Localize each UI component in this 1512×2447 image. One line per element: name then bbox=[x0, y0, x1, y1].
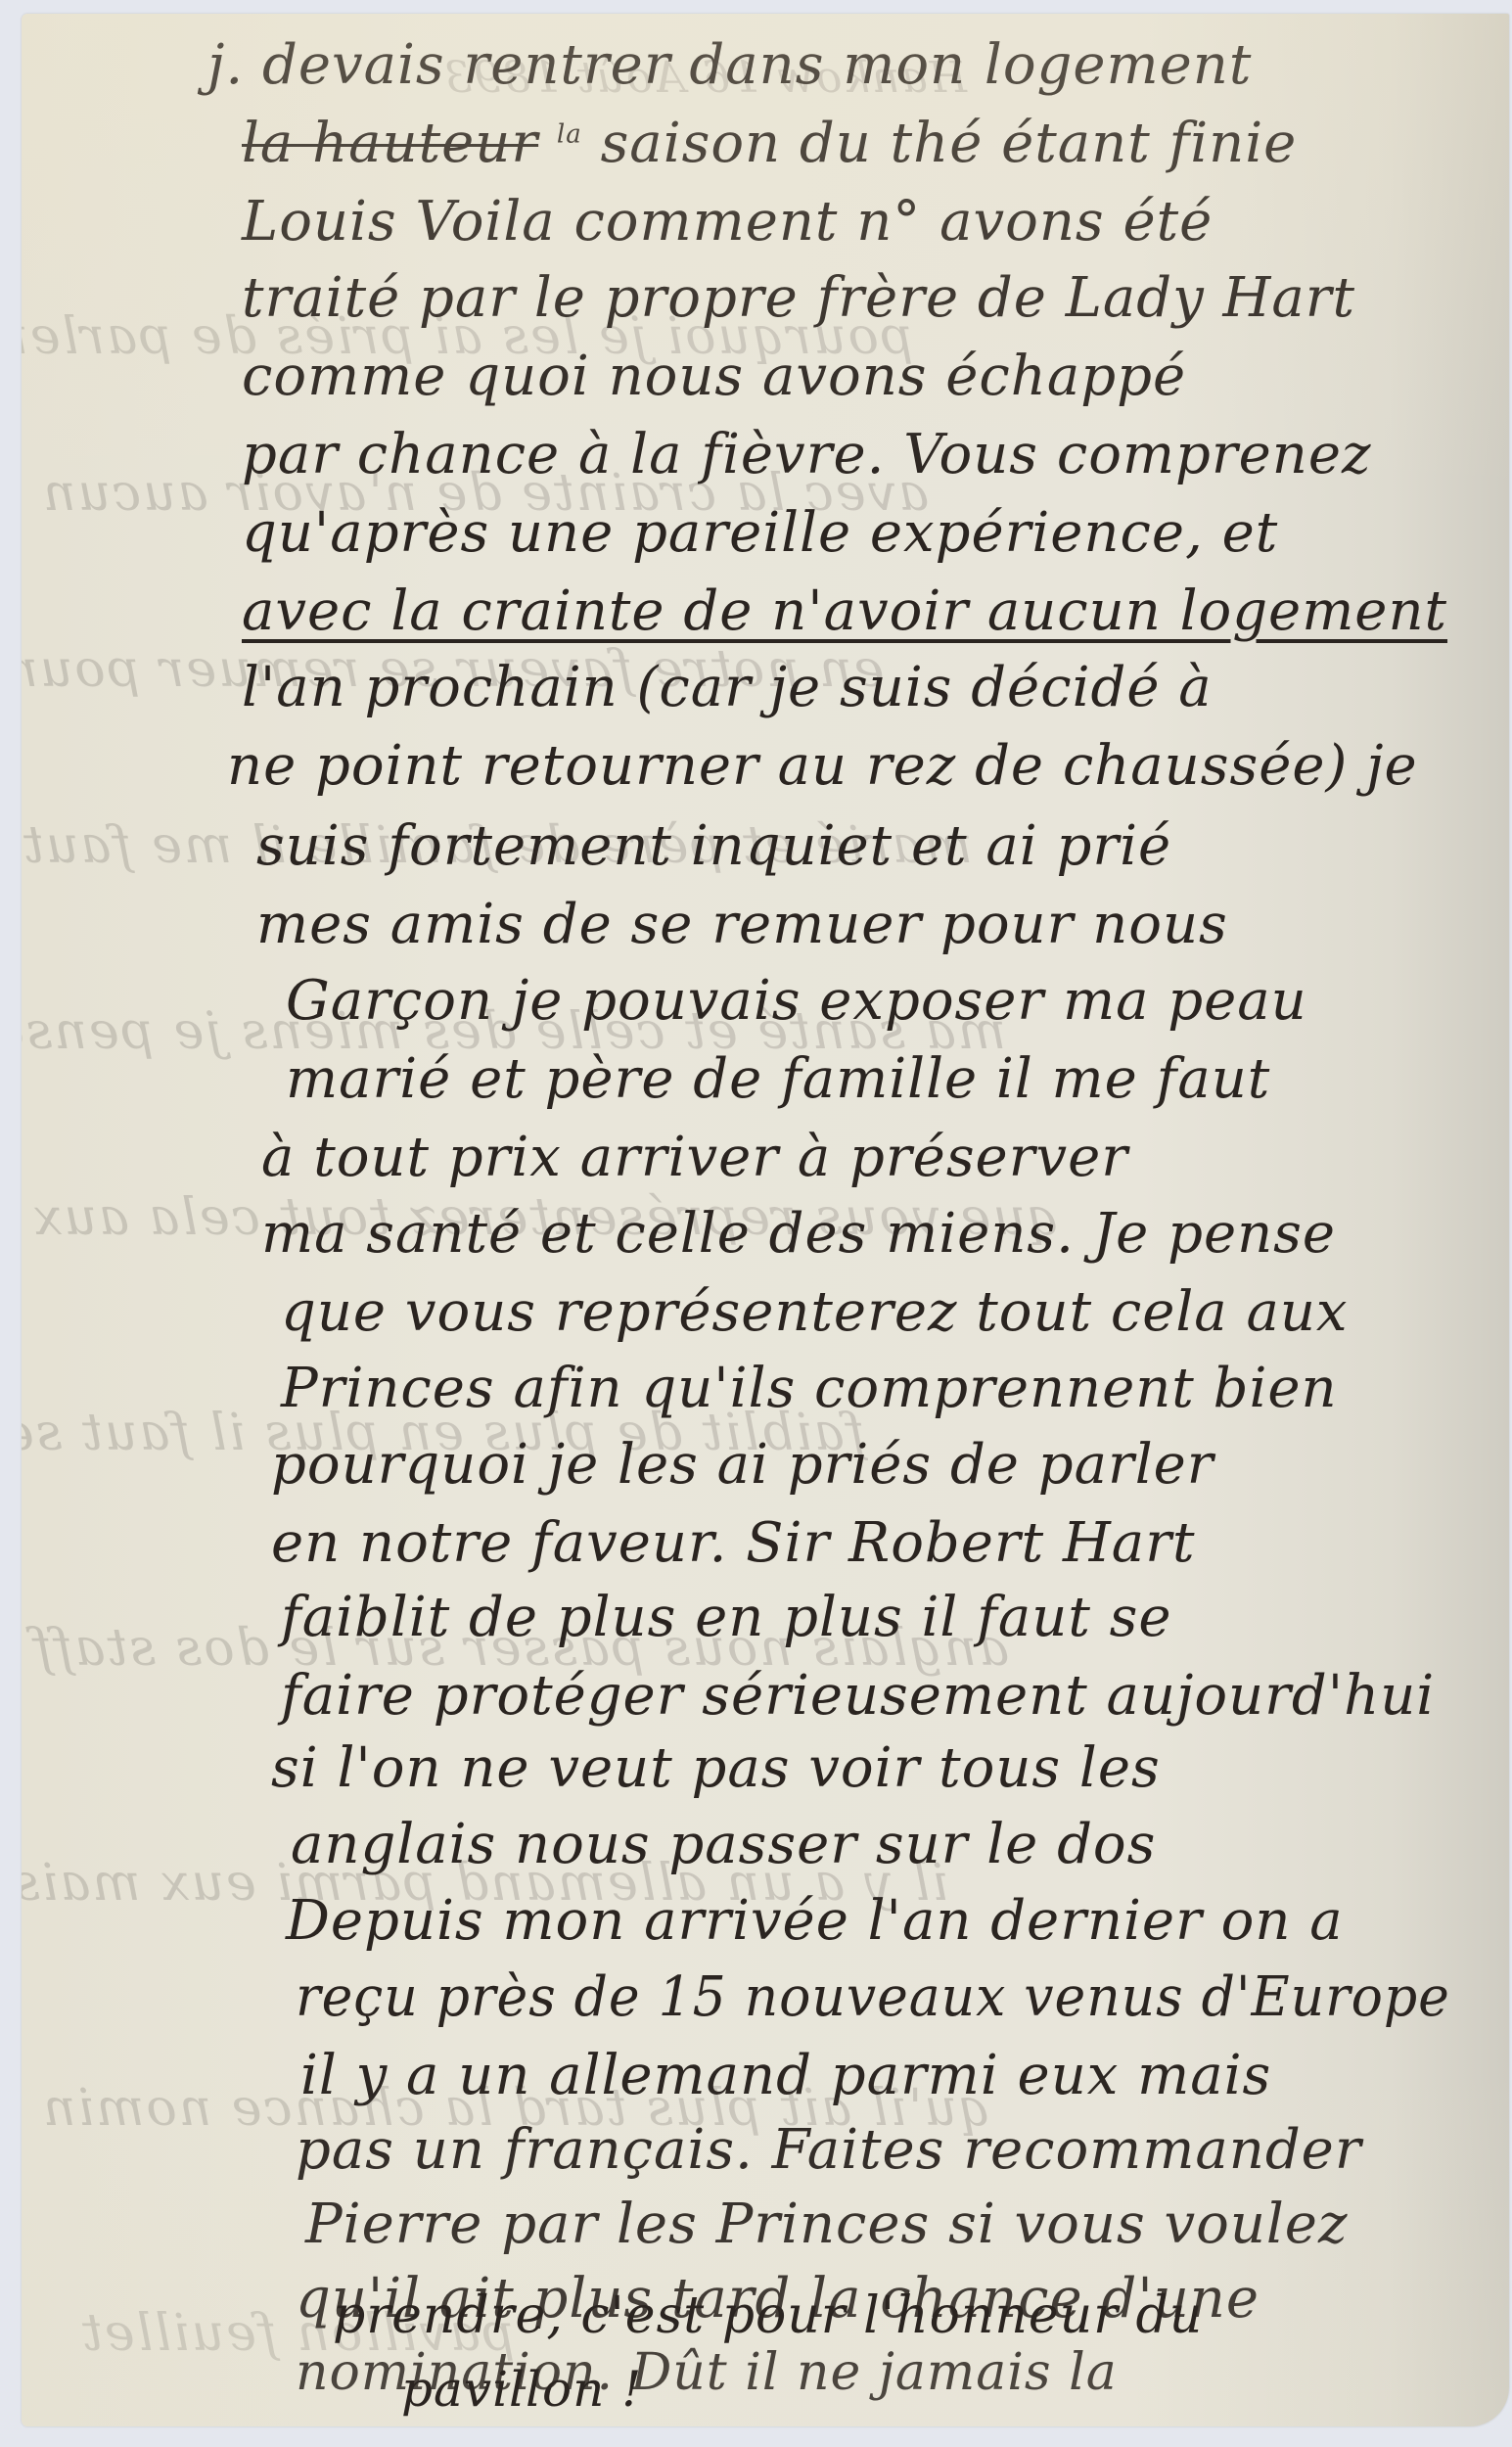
letter-line: par chance à la fièvre. Vous comprenez bbox=[242, 423, 1371, 486]
letter-line: Pierre par les Princes si vous voulez bbox=[305, 2193, 1348, 2256]
letter-line: suis fortement inquiet et ai prié bbox=[256, 814, 1171, 878]
letter-line: faire protéger sérieusement aujourd'hui bbox=[281, 1664, 1435, 1728]
letter-line: Garçon je pouvais exposer ma peau bbox=[286, 969, 1307, 1033]
letter-line: Depuis mon arrivée l'an dernier on a bbox=[286, 1889, 1344, 1953]
letter-line-closing-1: prendre, c'est pour l'honneur du bbox=[333, 2286, 1203, 2345]
letter-line: comme quoi nous avons échappé bbox=[242, 345, 1186, 408]
letter-line-2: la hauteur la saison du thé étant finie bbox=[242, 112, 1297, 175]
letter-line: Louis Voila comment n° avons été bbox=[242, 190, 1213, 254]
line-rest: saison du thé étant finie bbox=[601, 112, 1298, 175]
letter-body: j. devais rentrer dans mon logement la h… bbox=[22, 14, 1509, 2426]
letter-line: j. devais rentrer dans mon logement bbox=[207, 33, 1252, 97]
struck-word: la hauteur bbox=[242, 112, 538, 175]
letter-line: l'an prochain (car je suis décidé à bbox=[242, 656, 1213, 719]
letter-line: pourquoi je les ai priés de parler bbox=[271, 1433, 1214, 1497]
letter-line: avec la crainte de n'avoir aucun logemen… bbox=[242, 579, 1447, 643]
letter-line-closing-2: pavillon ! bbox=[401, 2361, 642, 2418]
inserted-word: la bbox=[557, 119, 582, 149]
letter-line: ma santé et celle des miens. Je pense bbox=[261, 1202, 1336, 1266]
letter-line: marié et père de famille il me faut bbox=[286, 1047, 1270, 1111]
letter-line: qu'après une pareille expérience, et bbox=[242, 501, 1278, 565]
letter-line: mes amis de se remuer pour nous bbox=[256, 893, 1228, 956]
letter-line: à tout prix arriver à préserver bbox=[261, 1126, 1128, 1189]
letter-line: anglais nous passer sur le dos bbox=[291, 1813, 1156, 1876]
letter-line: ne point retourner au rez de chaussée) j… bbox=[227, 734, 1418, 798]
letter-line: pas un français. Faites recommander bbox=[296, 2118, 1362, 2182]
letter-line: faiblit de plus en plus il faut se bbox=[281, 1586, 1172, 1649]
letter-line: si l'on ne veut pas voir tous les bbox=[271, 1736, 1161, 1800]
letter-line: en notre faveur. Sir Robert Hart bbox=[271, 1511, 1195, 1575]
letter-line: traité par le propre frère de Lady Hart bbox=[242, 266, 1355, 330]
letter-line: que vous représenterez tout cela aux bbox=[281, 1280, 1349, 1344]
letter-page: Hankow 16 Août 1893 pourquoi je les ai p… bbox=[22, 14, 1509, 2426]
letter-line: il y a un allemand parmi eux mais bbox=[300, 2044, 1271, 2107]
letter-line: reçu près de 15 nouveaux venus d'Europe bbox=[296, 1965, 1450, 2029]
letter-line: Princes afin qu'ils comprennent bien bbox=[281, 1357, 1338, 1420]
